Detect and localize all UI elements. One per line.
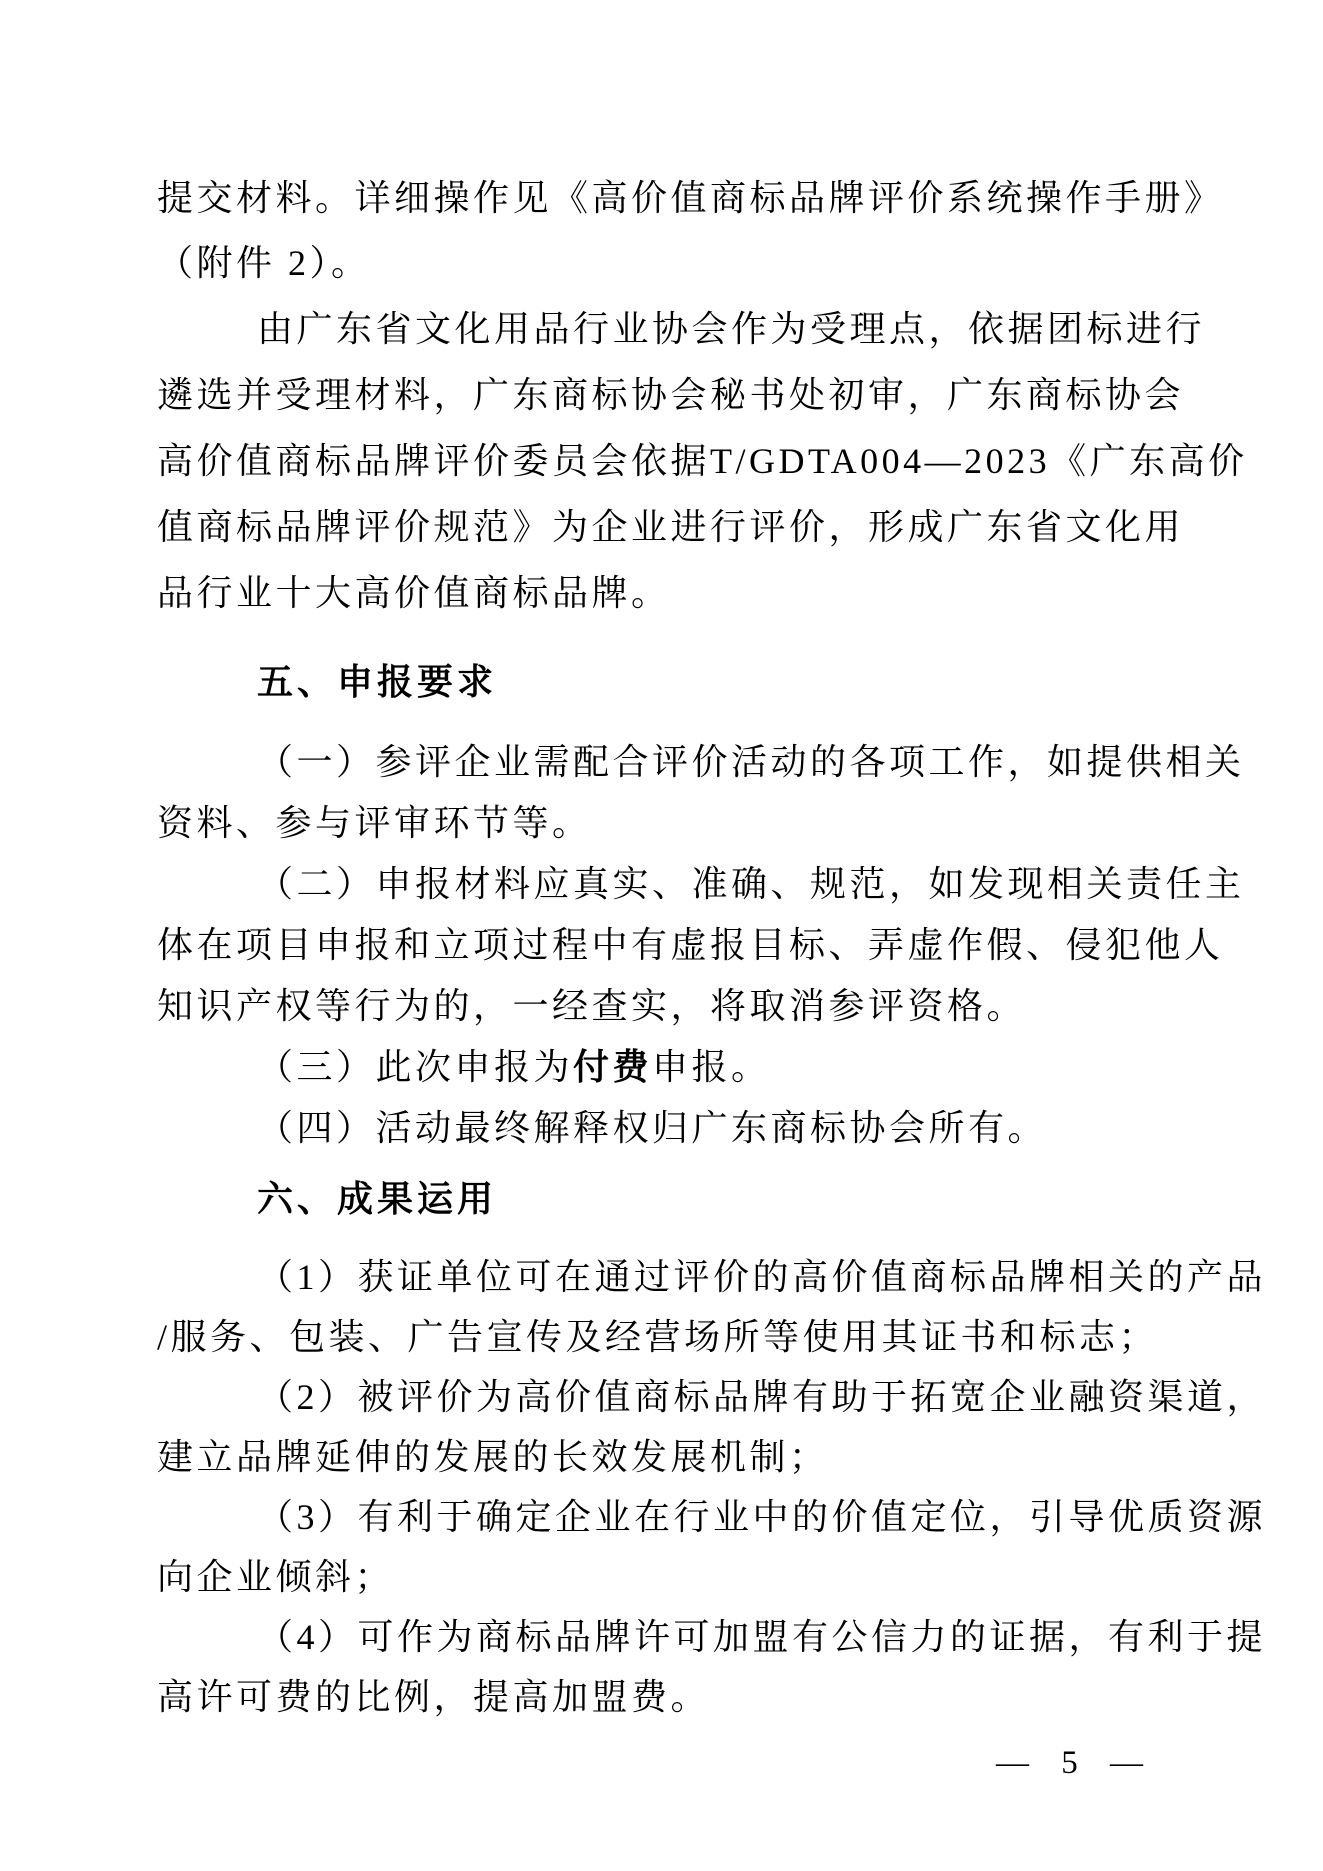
document-page: 提交材料。详细操作见《高价值商标品牌评价系统操作手册》 （附件 2）。 由广东省… bbox=[0, 0, 1323, 1783]
text-line: 值商标品牌评价规范》为企业进行评价，形成广东省文化用 bbox=[157, 494, 1173, 560]
text-line: （四）活动最终解释权归广东商标协会所有。 bbox=[157, 1098, 1173, 1159]
text-line: 遴选并受理材料，广东商标协会秘书处初审，广东商标协会 bbox=[157, 362, 1173, 428]
text-line: 建立品牌延伸的发展的长效发展机制； bbox=[157, 1427, 1173, 1487]
text-line: （一）参评企业需配合评价活动的各项工作，如提供相关 bbox=[157, 732, 1173, 793]
text-line: 提交材料。详细操作见《高价值商标品牌评价系统操作手册》 bbox=[157, 166, 1173, 231]
text-line: （3）有利于确定企业在行业中的价值定位，引导优质资源 bbox=[157, 1487, 1173, 1547]
paragraph-acceptance: 由广东省文化用品行业协会作为受理点，依据团标进行 遴选并受理材料，广东商标协会秘… bbox=[157, 296, 1173, 626]
text-line: /服务、包装、广告宣传及经营场所等使用其证书和标志； bbox=[157, 1307, 1173, 1367]
section-heading-6: 六、成果运用 bbox=[157, 1177, 1173, 1221]
text-line: 体在项目申报和立项过程中有虚报目标、弄虚作假、侵犯他人 bbox=[157, 915, 1173, 976]
paragraph-intro: 提交材料。详细操作见《高价值商标品牌评价系统操作手册》 （附件 2）。 bbox=[157, 166, 1173, 296]
text-line: 资料、参与评审环节等。 bbox=[157, 793, 1173, 854]
text-line: （二）申报材料应真实、准确、规范，如发现相关责任主 bbox=[157, 854, 1173, 915]
text-line: 由广东省文化用品行业协会作为受理点，依据团标进行 bbox=[157, 296, 1173, 362]
text-line: 知识产权等行为的，一经查实，将取消参评资格。 bbox=[157, 976, 1173, 1037]
section-6-body: （1）获证单位可在通过评价的高价值商标品牌相关的产品 /服务、包装、广告宣传及经… bbox=[157, 1247, 1173, 1727]
text-line: （2）被评价为高价值商标品牌有助于拓宽企业融资渠道， bbox=[157, 1367, 1173, 1427]
section-5-body: （一）参评企业需配合评价活动的各项工作，如提供相关 资料、参与评审环节等。 （二… bbox=[157, 732, 1173, 1159]
text-line: 高许可费的比例，提高加盟费。 bbox=[157, 1667, 1173, 1727]
text-line: （附件 2）。 bbox=[157, 231, 1173, 296]
text-line: （1）获证单位可在通过评价的高价值商标品牌相关的产品 bbox=[157, 1247, 1173, 1307]
text-line: 品行业十大高价值商标品牌。 bbox=[157, 560, 1173, 626]
text-line: 高价值商标品牌评价委员会依据T/GDTA004—2023《广东高价 bbox=[157, 428, 1173, 494]
text-segment: 申报。 bbox=[652, 1047, 771, 1087]
text-line: （4）可作为商标品牌许可加盟有公信力的证据，有利于提 bbox=[157, 1607, 1173, 1667]
section-heading-5: 五、申报要求 bbox=[157, 660, 1173, 704]
emphasized-text: 付费 bbox=[573, 1047, 652, 1087]
text-segment: （三）此次申报为 bbox=[257, 1047, 573, 1087]
text-line-with-emphasis: （三）此次申报为付费申报。 bbox=[157, 1037, 1173, 1098]
page-number: — 5 — bbox=[157, 1743, 1173, 1783]
text-line: 向企业倾斜； bbox=[157, 1547, 1173, 1607]
